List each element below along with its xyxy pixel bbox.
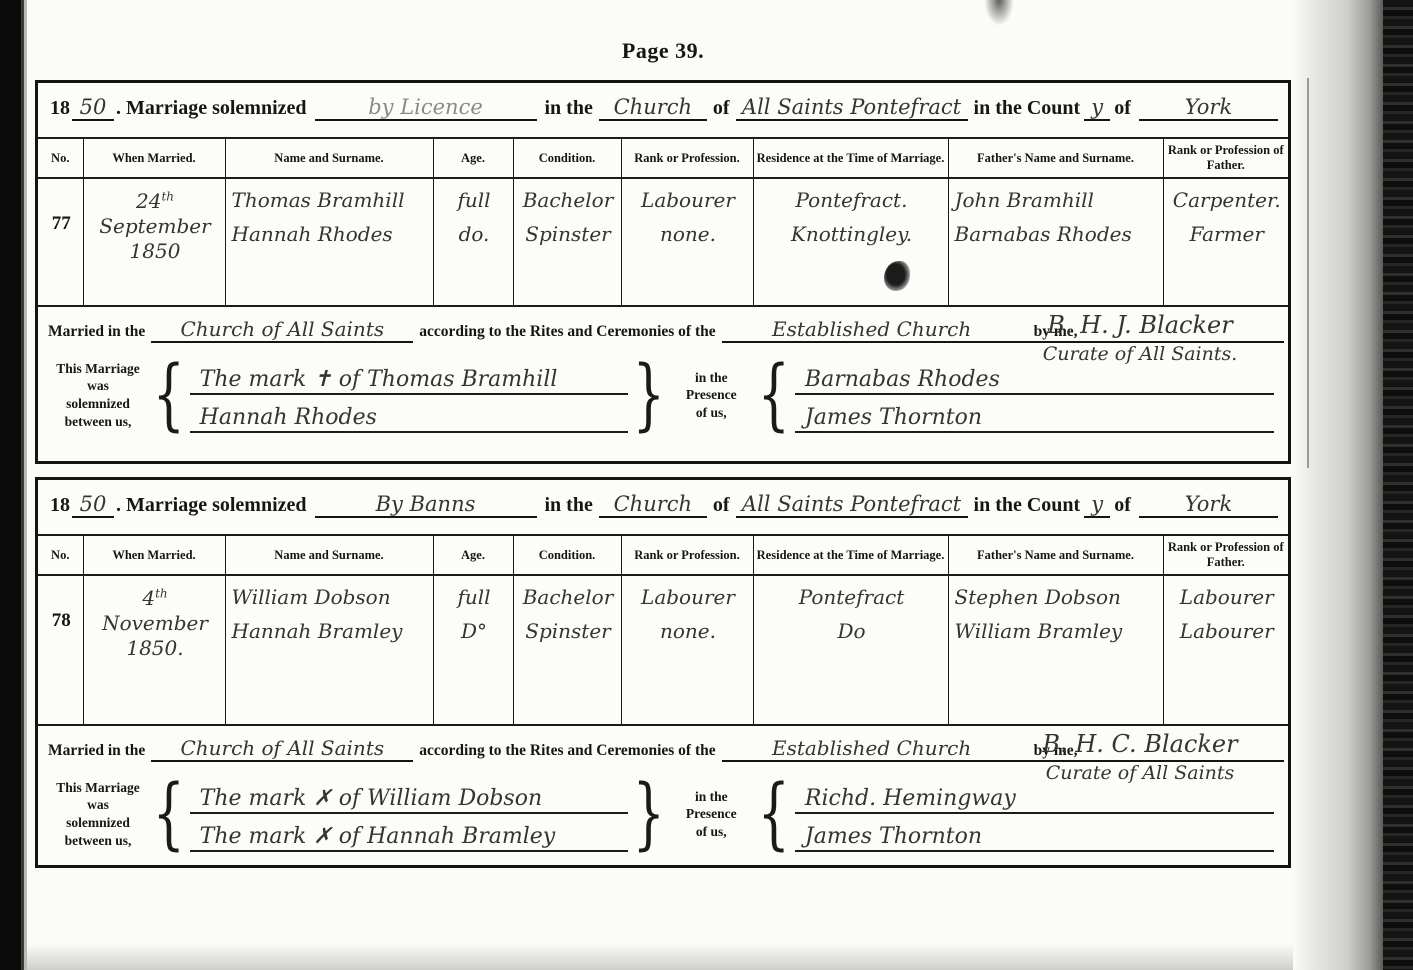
marriage-table: No. When Married. Name and Surname. Age.…: [38, 137, 1288, 307]
close-brace: }: [632, 360, 664, 430]
col-rank: Rank or Profession.: [621, 535, 753, 575]
married-in-place: Church of All Saints: [180, 317, 384, 341]
bride-signature: Hannah Rhodes: [200, 405, 377, 430]
couple-signatures: The mark ✝ of Thomas Bramhill Hannah Rho…: [190, 357, 628, 433]
groom-signature: The mark ✝ of Thomas Bramhill: [200, 367, 558, 392]
col-residence: Residence at the Time of Marriage.: [753, 535, 948, 575]
age-cell: full do.: [433, 178, 513, 306]
officiant-signature-block: B. H. J. Blacker Curate of All Saints.: [996, 311, 1284, 365]
open-brace: {: [153, 360, 185, 430]
marriage-method: by Licence: [368, 95, 483, 119]
entry-number: 78: [38, 575, 83, 725]
parish-name: All Saints Pontefract: [742, 95, 961, 119]
scan-smudge: [984, 0, 1014, 26]
witness-signature: Barnabas Rhodes: [805, 367, 1000, 392]
father-names-cell: John Bramhill Barnabas Rhodes: [948, 178, 1163, 306]
couple-signatures: The mark ✗ of William Dobson The mark ✗ …: [190, 776, 628, 852]
witness-signatures: Richd. Hemingway James Thornton: [795, 776, 1274, 852]
col-condition: Condition.: [513, 535, 621, 575]
scan-bottom-shade: [27, 944, 1293, 970]
col-no: No.: [38, 535, 83, 575]
groom-signature: The mark ✗ of William Dobson: [200, 786, 543, 811]
record-lower-section: Married in the Church of All Saints acco…: [38, 726, 1288, 852]
open-brace: {: [758, 360, 790, 430]
table-header-row: No. When Married. Name and Surname. Age.…: [38, 535, 1288, 575]
of-label: of: [1114, 494, 1131, 517]
rites-value: Established Church: [772, 736, 971, 760]
county-y: y: [1091, 95, 1103, 119]
presence-label: in the Presence of us,: [669, 369, 753, 422]
rites-value: Established Church: [772, 317, 971, 341]
rank-cell: Labourer none.: [621, 575, 753, 725]
officiant-signature: B. H. J. Blacker: [996, 311, 1284, 343]
entry-number: 77: [38, 178, 83, 306]
residence-cell: Pontefract Do: [753, 575, 948, 725]
record-lower-section: Married in the Church of All Saints acco…: [38, 307, 1288, 433]
county-y: y: [1091, 492, 1103, 516]
when-married-cell: 24th September 1850: [83, 178, 225, 306]
col-age: Age.: [433, 138, 513, 178]
this-marriage-label: This Marriage was solemnized between us,: [48, 779, 148, 849]
record-header: 18 50 . Marriage solemnized By Banns in …: [38, 480, 1288, 534]
marriage-method: By Banns: [376, 492, 476, 516]
witness-signature: James Thornton: [805, 824, 982, 849]
table-row: 78 4th November 1850. William Dobson Han…: [38, 575, 1288, 725]
ink-blot: [884, 261, 910, 291]
signatures-block: This Marriage was solemnized between us,…: [48, 776, 1280, 852]
names-cell: William Dobson Hannah Bramley: [225, 575, 433, 725]
marriage-record-78: 18 50 . Marriage solemnized By Banns in …: [35, 477, 1291, 868]
church-type: Church: [614, 492, 692, 516]
condition-cell: Bachelor Spinster: [513, 178, 621, 306]
book-left-edge: [0, 0, 27, 970]
col-residence: Residence at the Time of Marriage.: [753, 138, 948, 178]
married-in-label: Married in the: [48, 742, 145, 760]
rites-label: according to the Rites and Ceremonies of…: [419, 323, 715, 341]
page-edge-line: [1307, 78, 1309, 468]
marriage-record-77: 18 50 . Marriage solemnized by Licence i…: [35, 80, 1291, 464]
of-label: of: [713, 97, 730, 120]
year-prefix: 18: [50, 97, 70, 120]
table-row: 77 24th September 1850 Thomas Bramhill H…: [38, 178, 1288, 306]
book-spine-edge: [1383, 0, 1413, 970]
witness-signatures: Barnabas Rhodes James Thornton: [795, 357, 1274, 433]
col-name-surname: Name and Surname.: [225, 138, 433, 178]
col-rank: Rank or Profession.: [621, 138, 753, 178]
year-handwritten: 50: [80, 492, 107, 516]
witness-signature: Richd. Hemingway: [805, 786, 1016, 811]
condition-cell: Bachelor Spinster: [513, 575, 621, 725]
county-label: in the Count: [974, 97, 1081, 120]
married-in-place: Church of All Saints: [180, 736, 384, 760]
witness-signature: James Thornton: [805, 405, 982, 430]
signatures-block: This Marriage was solemnized between us,…: [48, 357, 1280, 433]
presence-label: in the Presence of us,: [669, 788, 753, 841]
parish-name: All Saints Pontefract: [742, 492, 961, 516]
father-names-cell: Stephen Dobson William Bramley: [948, 575, 1163, 725]
residence-cell: Pontefract. Knottingley.: [753, 178, 948, 306]
page-gutter-shade: [1292, 0, 1383, 970]
register-page-scan: Page 39. 18 50 . Marriage solemnized by …: [0, 0, 1413, 970]
page-number: Page 39.: [588, 38, 738, 64]
of-label: of: [713, 494, 730, 517]
rank-cell: Labourer none.: [621, 178, 753, 306]
year-prefix: 18: [50, 494, 70, 517]
col-name-surname: Name and Surname.: [225, 535, 433, 575]
rites-label: according to the Rites and Ceremonies of…: [419, 742, 715, 760]
bride-signature: The mark ✗ of Hannah Bramley: [200, 824, 556, 849]
officiant-title: Curate of All Saints: [1046, 762, 1235, 784]
in-the-label: in the: [545, 494, 593, 517]
col-when-married: When Married.: [83, 535, 225, 575]
this-marriage-label: This Marriage was solemnized between us,: [48, 360, 148, 430]
col-when-married: When Married.: [83, 138, 225, 178]
open-brace: {: [153, 779, 185, 849]
father-rank-cell: Labourer Labourer: [1163, 575, 1288, 725]
officiant-signature-block: B. H. C. Blacker Curate of All Saints: [996, 730, 1284, 784]
county-name: York: [1185, 492, 1232, 516]
age-cell: full D°: [433, 575, 513, 725]
col-age: Age.: [433, 535, 513, 575]
col-no: No.: [38, 138, 83, 178]
names-cell: Thomas Bramhill Hannah Rhodes: [225, 178, 433, 306]
county-name: York: [1185, 95, 1232, 119]
when-married-cell: 4th November 1850.: [83, 575, 225, 725]
father-rank-cell: Carpenter. Farmer: [1163, 178, 1288, 306]
solemnized-label: . Marriage solemnized: [116, 97, 307, 120]
col-condition: Condition.: [513, 138, 621, 178]
open-brace: {: [758, 779, 790, 849]
officiant-title: Curate of All Saints.: [1043, 343, 1238, 365]
marriage-table: No. When Married. Name and Surname. Age.…: [38, 534, 1288, 726]
church-type: Church: [614, 95, 692, 119]
col-father-name: Father's Name and Surname.: [948, 138, 1163, 178]
officiant-signature: B. H. C. Blacker: [996, 730, 1284, 762]
record-header: 18 50 . Marriage solemnized by Licence i…: [38, 83, 1288, 137]
close-brace: }: [632, 779, 664, 849]
of-label: of: [1114, 97, 1131, 120]
in-the-label: in the: [545, 97, 593, 120]
col-father-name: Father's Name and Surname.: [948, 535, 1163, 575]
col-father-rank: Rank or Profession of Father.: [1163, 535, 1288, 575]
solemnized-label: . Marriage solemnized: [116, 494, 307, 517]
married-in-label: Married in the: [48, 323, 145, 341]
table-header-row: No. When Married. Name and Surname. Age.…: [38, 138, 1288, 178]
year-handwritten: 50: [80, 95, 107, 119]
col-father-rank: Rank or Profession of Father.: [1163, 138, 1288, 178]
county-label: in the Count: [974, 494, 1081, 517]
